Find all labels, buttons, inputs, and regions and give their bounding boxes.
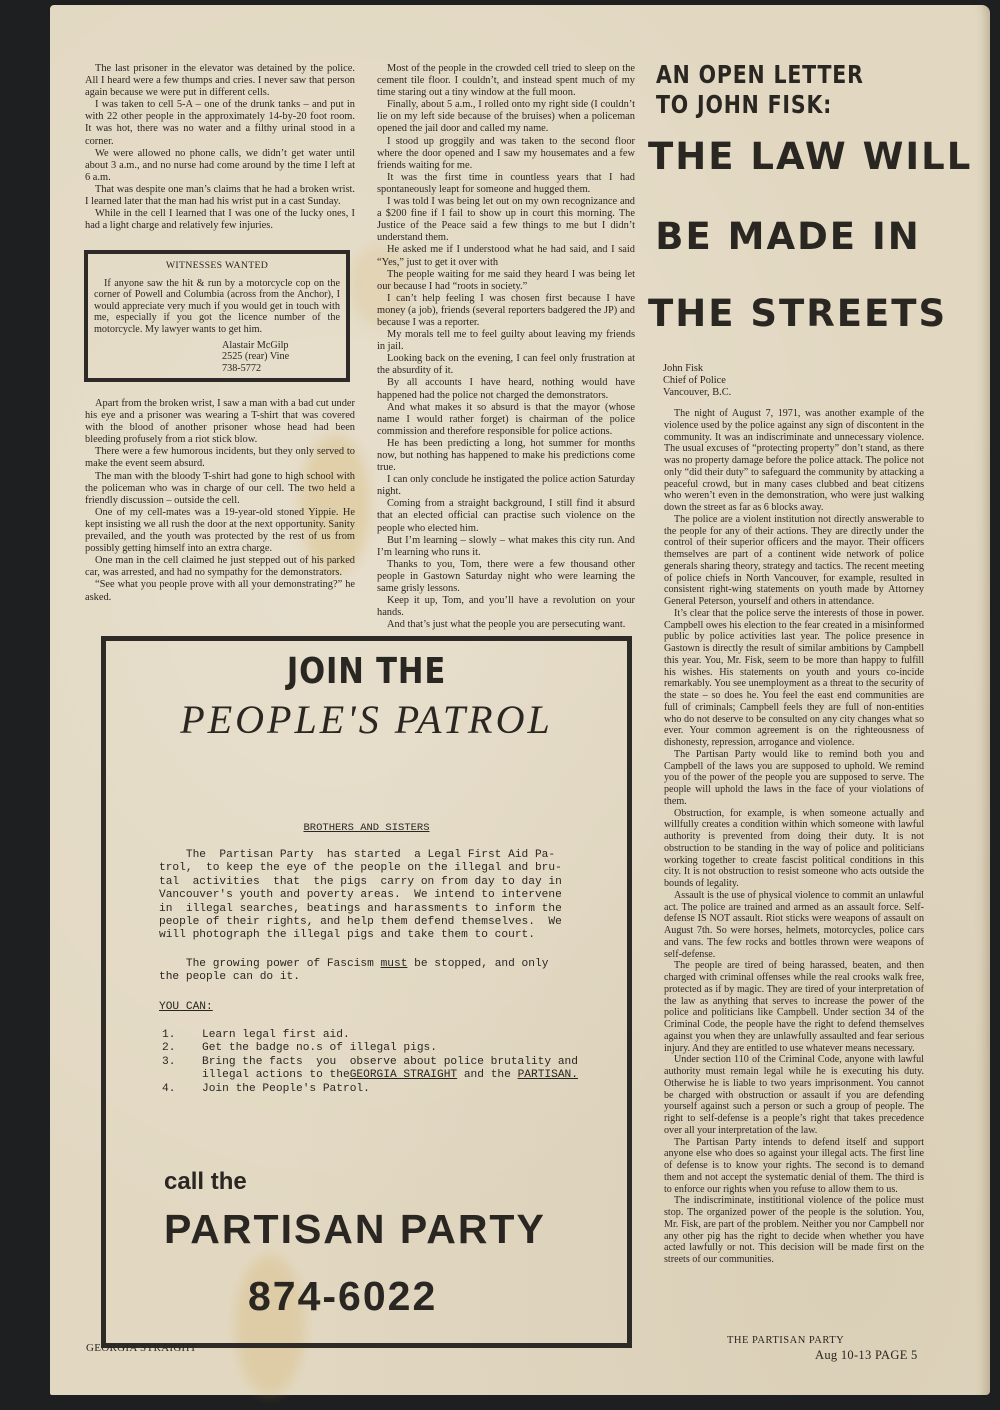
ad-list-item: 4.Join the People's Patrol. [159,1083,579,1096]
paragraph: There were a few humorous incidents, but… [85,446,355,470]
addressee-title: Chief of Police [663,375,731,387]
addressee-name: John Fisk [663,363,731,375]
paragraph: The people waiting for me said they hear… [377,269,635,293]
paragraph: I was told I was being let out on my own… [377,196,635,244]
ad-list-item: 2.Get the badge no.s of illegal pigs. [159,1042,579,1055]
paragraph: The indiscriminate, instititional violen… [664,1195,924,1266]
paragraph: One of my cell-mates was a 19-year-old s… [85,507,355,555]
witness-contact: Alastair McGilp 2525 (rear) Vine 738-577… [222,340,340,375]
ad-list-item: 1.Learn legal first aid. [159,1029,579,1042]
headline-line-1: THE LAW WILL [648,135,928,178]
paragraph: Apart from the broken wrist, I saw a man… [85,398,355,446]
paragraph: The night of August 7, 1971, was another… [664,408,924,514]
article-column-middle: Most of the people in the crowded cell t… [377,63,635,631]
ad-list-item: 3.Bring the facts you observe about poli… [159,1056,579,1069]
paragraph: Keep it up, Tom, and you’ll have a revol… [377,595,635,619]
open-letter-signature: THE PARTISAN PARTY [727,1335,844,1346]
ad-body: The Partisan Party has started a Legal F… [159,849,579,943]
paragraph: By all accounts I have heard, nothing wo… [377,377,635,401]
paragraph: I can only conclude he instigated the po… [377,474,635,498]
paragraph: Most of the people in the crowded cell t… [377,63,635,99]
contact-phone: 738-5772 [222,363,340,375]
ad-you-can-label: YOU CAN: [159,1001,579,1014]
fascism-emphasis: must [381,958,408,970]
fascism-text-b: be stopped, and only [407,958,548,970]
paragraph: I stood up groggily and was taken to the… [377,136,635,172]
publication-name: GEORGIA STRAIGHT [86,1342,197,1354]
list-text: Bring the facts you observe about police… [202,1056,578,1068]
paragraph: Looking back on the evening, I can feel … [377,353,635,377]
addressee-block: John Fisk Chief of Police Vancouver, B.C… [663,363,731,399]
paragraph: Thanks to you, Tom, there were a few tho… [377,559,635,595]
peoples-patrol-advertisement: JOIN THE PEOPLE'S PATROL BROTHERS AND SI… [101,636,632,1348]
kicker-line-1: AN OPEN LETTER [656,60,864,89]
ad-body-line: people of their rights, and help them de… [159,916,579,929]
open-letter-body: The night of August 7, 1971, was another… [664,408,924,1266]
ad-body-line: The Partisan Party has started a Legal F… [159,849,579,862]
ad-body-line: trol, to keep the eye of the people on t… [159,862,579,875]
addressee-location: Vancouver, B.C. [663,387,731,399]
paragraph: It was the first time in countless years… [377,172,635,196]
paragraph: Finally, about 5 a.m., I rolled onto my … [377,99,635,135]
open-letter-kicker: AN OPEN LETTER TO JOHN FISK: [656,60,864,120]
ad-action-list: 1.Learn legal first aid.2.Get the badge … [159,1029,579,1096]
ad-party-name: PARTISAN PARTY [164,1206,546,1253]
paragraph: It’s clear that the police serve the int… [664,608,924,749]
paragraph: And what makes it so absurd is that the … [377,402,635,438]
paragraph: I was taken to cell 5-A – one of the dru… [85,99,355,147]
publication-reference: PARTISAN. [518,1069,578,1081]
witnesses-wanted-box: WITNESSES WANTED If anyone saw the hit &… [84,250,350,382]
contact-address: 2525 (rear) Vine [222,351,340,363]
paragraph: The police are a violent institution not… [664,514,924,608]
paragraph: Obstruction, for example, is when someon… [664,808,924,890]
witnesses-body: If anyone saw the hit & run by a motorcy… [94,278,340,336]
ad-phone-number: 874-6022 [248,1273,437,1320]
list-text: Learn legal first aid. [202,1029,350,1041]
list-text: Get the badge no.s of illegal pigs. [202,1042,437,1054]
article-column-left-bottom: Apart from the broken wrist, I saw a man… [85,398,355,604]
list-number: 3. [159,1056,202,1069]
paragraph: He has been predicting a long, hot summe… [377,438,635,474]
list-text: Join the People's Patrol. [202,1083,370,1095]
paragraph: That was despite one man’s claims that h… [85,184,355,208]
ad-title-patrol: PEOPLE'S PATROL [106,696,627,743]
paragraph: One man in the cell claimed he just step… [85,555,355,579]
paragraph: But I’m learning – slowly – what makes t… [377,535,635,559]
list-number: 4. [159,1083,202,1096]
paragraph: We were allowed no phone calls, we didn’… [85,148,355,184]
ad-body-line: will photograph the illegal pigs and tak… [159,929,579,942]
ad-body-line: tal activities that the pigs carry on fr… [159,876,579,889]
paragraph: The Partisan Party intends to defend its… [664,1137,924,1196]
ad-body-line: Vancouver's youth and poverty areas. We … [159,889,579,902]
article-column-left-top: The last prisoner in the elevator was de… [85,63,355,232]
ad-list-item: illegal actions to theGEORGIA STRAIGHT a… [159,1069,579,1082]
paragraph: The man with the bloody T-shirt had gone… [85,471,355,507]
ad-salutation: BROTHERS AND SISTERS [106,822,627,834]
headline-line-3: THE STREETS [648,292,928,335]
paragraph: My morals tell me to feel guilty about l… [377,329,635,353]
contact-name: Alastair McGilp [222,340,340,352]
paragraph: I can’t help feeling I was chosen first … [377,293,635,329]
paragraph: While in the cell I learned that I was o… [85,208,355,232]
list-text: illegal actions to the [202,1069,350,1081]
paragraph: Assault is the use of physical violence … [664,890,924,961]
publication-reference: GEORGIA STRAIGHT [350,1069,457,1081]
paragraph: The people are tired of being harassed, … [664,960,924,1054]
paragraph: And that’s just what the people you are … [377,619,635,631]
paragraph: Coming from a straight background, I sti… [377,498,635,534]
list-number: 2. [159,1042,202,1055]
fascism-text-a: The growing power of Fascism [159,958,381,970]
fascism-text-c: the people can do it. [159,971,300,983]
paragraph: Under section 110 of the Criminal Code, … [664,1054,924,1136]
list-text: and the [457,1069,517,1081]
list-number: 1. [159,1029,202,1042]
ad-fascism-statement: The growing power of Fascism must be sto… [159,958,579,985]
paragraph: “See what you people prove with all your… [85,579,355,603]
paragraph: The last prisoner in the elevator was de… [85,63,355,99]
ad-body-line: in illegal searches, beatings and harass… [159,903,579,916]
kicker-line-2: TO JOHN FISK: [656,90,832,119]
paragraph: The Partisan Party would like to remind … [664,749,924,808]
ad-call-label: call the [164,1168,247,1196]
witnesses-title: WITNESSES WANTED [94,260,340,272]
paragraph: He asked me if I understood what he had … [377,244,635,268]
issue-page-line: Aug 10-13 PAGE 5 [815,1348,918,1363]
headline-line-2: BE MADE IN [648,215,928,258]
ad-title-join: JOIN THE [145,651,588,692]
